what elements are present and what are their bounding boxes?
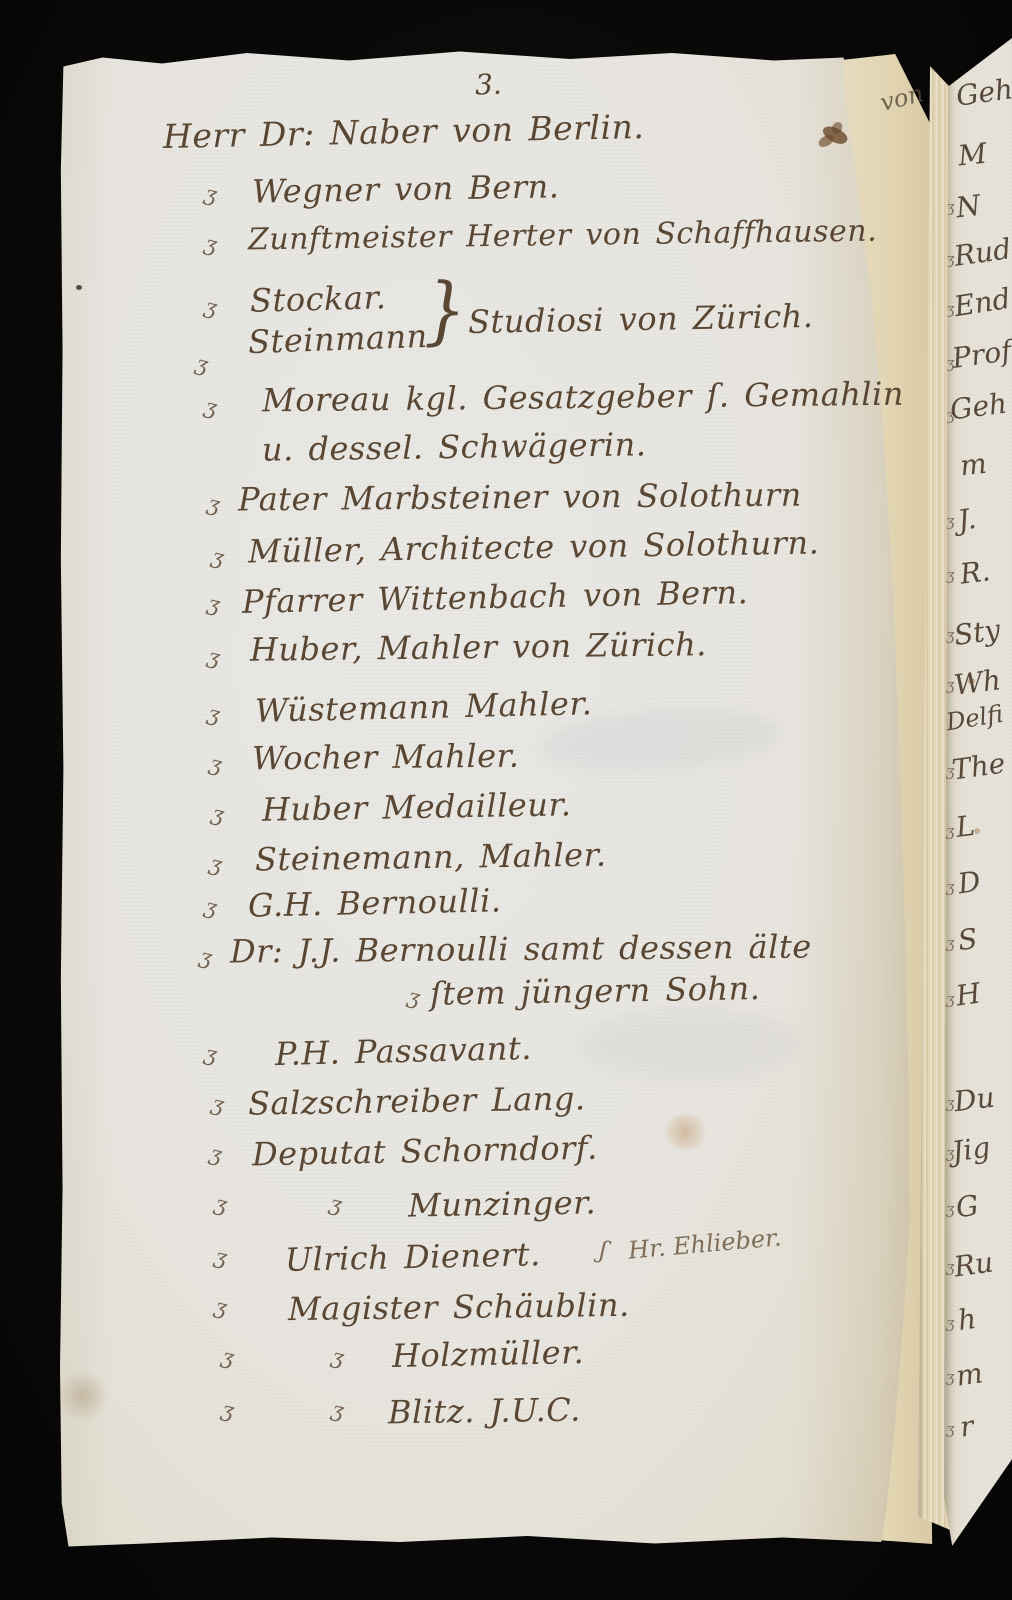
- next-page-fragment: R.: [958, 554, 992, 590]
- grouping-brace: }: [424, 267, 466, 353]
- manuscript-line: ſtem jüngern Sohn.: [430, 969, 761, 1013]
- manuscript-line: Moreau kgl. Gesatzgeber ſ. Gemahlin: [262, 375, 904, 420]
- next-page-fragment: The: [950, 746, 1007, 786]
- ditto-mark: ʒ: [946, 566, 954, 584]
- manuscript-line: Wegner von Bern.: [252, 167, 560, 210]
- next-page-fragment: Prof: [950, 334, 1012, 375]
- manuscript-line: Blitz. J.U.C.: [388, 1391, 581, 1432]
- paper-stain: [58, 1374, 108, 1418]
- group-label: Studiosi von Zürich.: [468, 297, 814, 341]
- manuscript-scan: 3. Herr Dr: Naber von Berlin. ʒ Wegner v…: [0, 0, 1012, 1600]
- next-page-fragment: Geh: [954, 72, 1012, 113]
- next-page-fragment: M: [956, 137, 988, 173]
- ditto-mark: ʒ: [946, 1200, 954, 1218]
- next-page-fragment: Ru: [952, 1245, 995, 1283]
- paper-stain: [664, 1114, 706, 1150]
- ink-showthrough: [580, 1010, 800, 1080]
- manuscript-line: Stockar.: [250, 278, 387, 320]
- next-page-fragment: Sty: [952, 613, 1002, 652]
- next-page-fragment: Du: [952, 1081, 996, 1119]
- next-page-fragment: Delfi: [944, 700, 1005, 737]
- next-page-fragment: Geh: [948, 387, 1009, 427]
- next-page-fragment: r: [958, 1409, 975, 1443]
- ditto-mark: ʒ: [946, 934, 954, 952]
- manuscript-line: Huber Medailleur.: [262, 785, 572, 828]
- manuscript-line: Wüstemann Mahler.: [255, 684, 593, 730]
- manuscript-line: Salzschreiber Lang.: [248, 1079, 586, 1122]
- ditto-mark: ʒ: [946, 822, 954, 840]
- manuscript-line: Magister Schäublin.: [288, 1286, 630, 1328]
- manuscript-line: P.H. Passavant.: [275, 1029, 533, 1073]
- next-page-fragment: D: [956, 865, 983, 901]
- manuscript-line: Munzinger.: [408, 1183, 597, 1224]
- next-page-fragment: m: [954, 1356, 985, 1392]
- page-number: 3.: [474, 68, 502, 102]
- next-page-fragment: h: [956, 1302, 978, 1337]
- ink-speck: [76, 285, 82, 290]
- next-page-fragment: J.: [956, 502, 978, 537]
- manuscript-line: Deputat Schorndorf.: [252, 1129, 598, 1174]
- next-page-fragment: End: [952, 282, 1012, 323]
- next-page-fragment: H: [954, 976, 983, 1012]
- ditto-mark: ʒ: [946, 1420, 954, 1438]
- manuscript-line: u. dessel. Schwägerin.: [262, 425, 647, 468]
- next-page-fragment: G: [954, 1189, 980, 1224]
- manuscript-line: Steinemann, Mahler.: [255, 836, 607, 879]
- next-page-fragment: L: [954, 809, 976, 844]
- next-page-fragment: m: [958, 447, 988, 483]
- manuscript-line: Holzmüller.: [392, 1333, 585, 1375]
- next-page-fragment: N: [954, 189, 982, 225]
- manuscript-line: Ulrich Dienert.: [285, 1235, 541, 1279]
- next-page-fragment: Jig: [950, 1131, 992, 1169]
- manuscript-line: Huber, Mahler von Zürich.: [250, 625, 707, 669]
- manuscript-line: G.H. Bernoulli.: [248, 881, 502, 924]
- next-page-sliver: Geh M ʒ N ʒ Rud ʒ End ʒ Prof ʒ Geh m ʒ J…: [944, 38, 1012, 1558]
- manuscript-line: Pater Marbsteiner von Solothurn: [238, 476, 802, 519]
- next-page-fragment: S: [956, 922, 979, 957]
- ditto-mark: ʒ: [946, 878, 954, 896]
- manuscript-line: Dr: J.J. Bernoulli samt dessen älte: [230, 927, 812, 970]
- ditto-mark: ʒ: [946, 990, 954, 1008]
- next-page-fragment: Rud: [952, 232, 1012, 273]
- manuscript-line: Wocher Mahler.: [252, 737, 520, 778]
- ditto-mark: ʒ: [946, 1368, 954, 1386]
- next-page-fragment: Wh: [952, 663, 1002, 701]
- ink-blot: [818, 122, 852, 152]
- ditto-mark: ʒ: [946, 512, 954, 530]
- manuscript-line: Steinmann: [247, 317, 428, 361]
- ditto-mark: ʒ: [946, 1314, 954, 1332]
